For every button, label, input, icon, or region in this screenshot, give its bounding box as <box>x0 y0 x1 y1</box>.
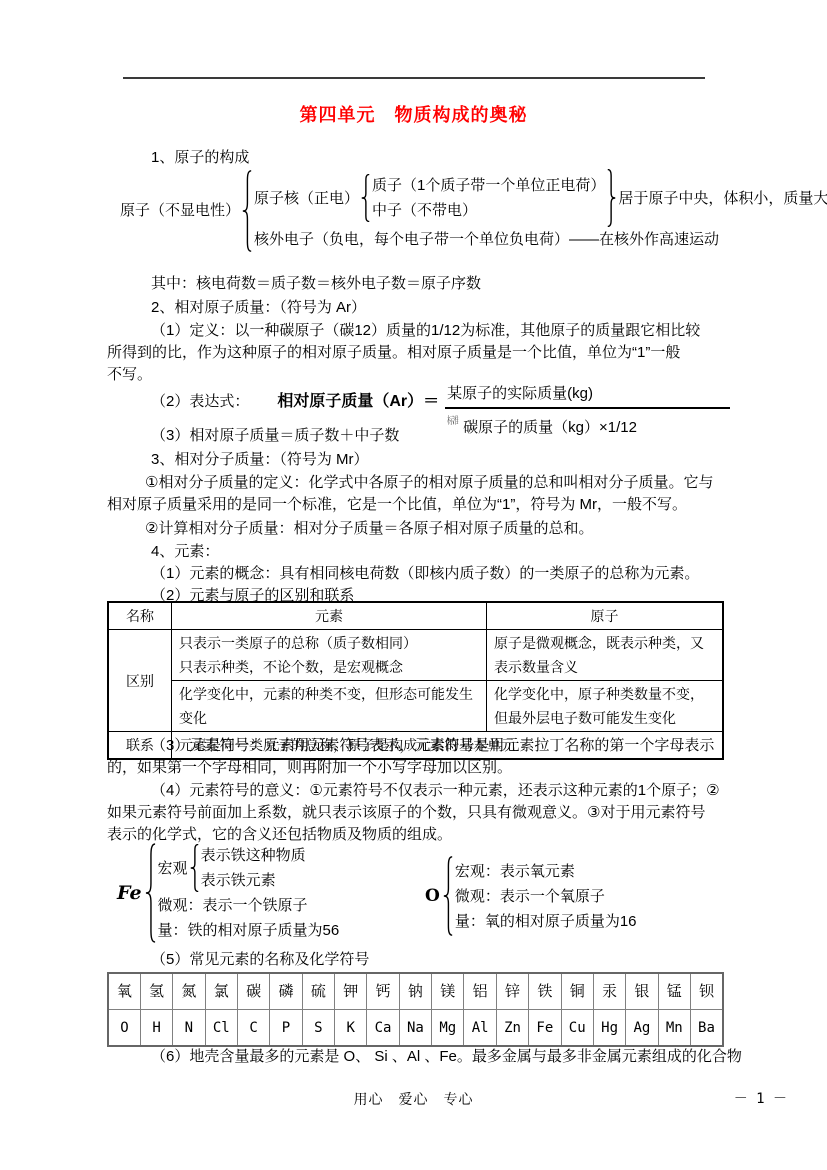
element-name-cell: 锌 <box>496 973 528 1010</box>
paragraph-line: 的，如果第一个字母相同，则再附加一个小写字母加以区别。 <box>107 757 727 779</box>
element-symbol-cell: P <box>270 1010 302 1047</box>
element-name-cell: 汞 <box>593 973 625 1010</box>
atom-root-label: 原子（不显电性） <box>120 198 240 223</box>
element-difference-cell-2: 化学变化中，元素的种类不变，但形态可能发生变化 <box>172 681 487 732</box>
element-symbol-cell: Al <box>464 1010 496 1047</box>
element-name-cell: 碳 <box>237 973 269 1010</box>
left-brace-icon <box>443 856 453 936</box>
element-name-cell: 银 <box>626 973 658 1010</box>
element-symbol-cell: Cu <box>561 1010 593 1047</box>
section3-heading: 3、相对分子质量：（符号为 Mr） <box>107 449 771 471</box>
fe-symbol-diagram: Fe 宏观 表示铁这种物质 表示铁元素 微观：表示一个铁原子 量：铁的相对原子质… <box>117 843 339 943</box>
element-name-cell: 钙 <box>367 973 399 1010</box>
macro-meaning-line: 表示铁这种物质 <box>201 843 306 868</box>
element-symbol-cell: S <box>302 1010 334 1047</box>
o-symbol-diagram: O 宏观：表示氧元素 微观：表示一个氧原子 量：氧的相对原子质量为16 <box>425 856 637 936</box>
footer-motto: 用心 爱心 专心 <box>0 1088 827 1110</box>
element-symbol-cell: O <box>108 1010 140 1047</box>
element-symbol-paragraph: （3）元素符号：元素用元素符号表示，元素符号是用元素拉丁名称的第一个字母表示 的… <box>107 735 727 779</box>
element-symbol-cell: Fe <box>529 1010 561 1047</box>
macro-meaning-line: 宏观：表示氧元素 <box>455 859 637 884</box>
element-name-cell: 钠 <box>399 973 431 1010</box>
element-name-cell: 钡 <box>690 973 723 1010</box>
element-symbol-cell: Cl <box>205 1010 237 1047</box>
element-symbols-row: OHNClCPSKCaNaMgAlZnFeCuHgAgMnBa <box>108 1010 723 1047</box>
element-name-cell: 氮 <box>173 973 205 1010</box>
table-header-row: 名称 元素 原子 <box>108 602 723 630</box>
header-atom: 原子 <box>487 602 724 630</box>
nucleus-label: 原子核（正电） <box>254 186 359 211</box>
page-title: 第四单元 物质构成的奥秘 <box>0 104 827 126</box>
formula-lhs: 相对原子质量（Ar）＝ <box>277 391 439 413</box>
left-brace-icon <box>190 844 199 892</box>
element-name-cell: 氧 <box>108 973 140 1010</box>
paragraph-line: （4）元素符号的意义：①元素符号不仅表示一种元素，还表示这种元素的1个原子；② <box>107 780 727 802</box>
macro-meaning-line: 表示铁元素 <box>201 868 306 893</box>
element-symbol-cell: Na <box>399 1010 431 1047</box>
fe-label: Fe <box>117 882 142 904</box>
element-name-cell: 锰 <box>658 973 690 1010</box>
element-name-cell: 镁 <box>432 973 464 1010</box>
common-elements-heading: （5）常见元素的名称及化学符号 <box>107 949 771 971</box>
header-rule <box>123 77 705 79</box>
element-symbol-cell: Mn <box>658 1010 690 1047</box>
page-footer: 用心 爱心 专心 － 1 － <box>0 1088 827 1112</box>
definition-line: 不写。 <box>107 364 727 386</box>
element-name-cell: 氯 <box>205 973 237 1010</box>
cell-line: 只表示一类原子的总称（质子数相同） <box>179 631 479 655</box>
relative-molecular-mass-definition: ①相对分子质量的定义：化学式中各原子的相对原子质量的总和叫相对分子质量。它与 相… <box>107 472 727 516</box>
table-row: 化学变化中，元素的种类不变，但形态可能发生变化 化学变化中，原子种类数量不变，但… <box>108 681 723 732</box>
header-name: 名称 <box>108 602 172 630</box>
left-brace-icon <box>242 170 252 252</box>
atom-difference-cell-1: 原子是微观概念，既表示种类，又表示数量含义 <box>487 630 724 681</box>
element-name-cell: 铜 <box>561 973 593 1010</box>
element-symbol-cell: Ca <box>367 1010 399 1047</box>
definition-line: ①相对分子质量的定义：化学式中各原子的相对原子质量的总和叫相对分子质量。它与 <box>107 472 727 494</box>
section2-heading: 2、相对原子质量：（符号为 Ar） <box>107 297 771 319</box>
expression-label: （2）表达式： <box>107 391 249 413</box>
document-page: 第四单元 物质构成的奥秘 1、原子的构成 原子（不显电性） 原子核（正电） 质子… <box>0 0 827 1170</box>
element-symbol-cell: Ba <box>690 1010 723 1047</box>
atom-difference-cell-2: 化学变化中，原子种类数量不变，但最外层电子数可能发生变化 <box>487 681 724 732</box>
micro-meaning-line: 微观：表示一个铁原子 <box>158 893 340 918</box>
electron-label: 核外电子（负电，每个电子带一个单位负电荷）——在核外作高速运动 <box>254 227 827 252</box>
symbol-meaning-paragraph: （4）元素符号的意义：①元素符号不仅表示一种元素，还表示这种元素的1个原子；② … <box>107 780 727 846</box>
element-name-cell: 硫 <box>302 973 334 1010</box>
element-name-cell: 钾 <box>335 973 367 1010</box>
nucleus-note: 居于原子中央，体积小，质量大 <box>618 186 827 211</box>
page-number: － 1 － <box>734 1088 787 1110</box>
quantity-meaning-line: 量：氧的相对原子质量为16 <box>455 909 637 934</box>
neutron-label: 中子（不带电） <box>372 198 605 223</box>
definition-line: 所得到的比，作为这种原子的相对原子质量。相对原子质量是一个比值，单位为“1”一般 <box>107 342 727 364</box>
element-symbol-cell: H <box>140 1010 172 1047</box>
charge-equality-line: 其中：核电荷数＝质子数＝核外电子数＝原子序数 <box>107 273 771 295</box>
macro-label: 宏观 <box>158 856 188 881</box>
left-brace-icon <box>145 843 156 943</box>
header-element: 元素 <box>172 602 487 630</box>
element-name-cell: 氢 <box>140 973 172 1010</box>
micro-meaning-line: 微观：表示一个氧原子 <box>455 884 637 909</box>
element-symbol-cell: Mg <box>432 1010 464 1047</box>
element-symbol-cell: Ag <box>626 1010 658 1047</box>
left-brace-icon <box>361 174 370 222</box>
element-difference-cell-1: 只表示一类原子的总称（质子数相同） 只表示种类，不论个数，是宏观概念 <box>172 630 487 681</box>
definition-line: （1）定义：以一种碳原子（碳12）质量的1/12为标准，其他原子的质量跟它相比较 <box>107 320 727 342</box>
quantity-meaning-line: 量：铁的相对原子质量为56 <box>158 918 340 943</box>
cell-line: 只表示种类，不论个数，是宏观概念 <box>179 655 479 679</box>
paragraph-line: 如果元素符号前面加上系数，就只表示该原子的个数，只具有微观意义。③对于用元素符号 <box>107 802 727 824</box>
element-symbol-table: 氧氢氮氯碳磷硫钾钙钠镁铝锌铁铜汞银锰钡 OHNClCPSKCaNaMgAlZnF… <box>107 972 724 1047</box>
paragraph-line: （3）元素符号：元素用元素符号表示，元素符号是用元素拉丁名称的第一个字母表示 <box>107 735 727 757</box>
element-concept-line: （1）元素的概念：具有相同核电荷数（即核内质子数）的一类原子的总称为元素。 <box>107 563 771 585</box>
atom-structure-diagram: 原子（不显电性） 原子核（正电） 质子（1个质子带一个单位正电荷） 中子（不带电… <box>120 169 827 252</box>
difference-label-cell: 区别 <box>108 630 172 732</box>
crust-abundance-line: （6）地壳含量最多的元素是 O、 Si 、Al 、Fe。最多金属与最多非金属元素… <box>107 1046 771 1068</box>
section4-heading: 4、元素： <box>107 541 771 563</box>
right-brace-icon <box>607 169 616 227</box>
definition-line: 相对原子质量采用的是同一个标准，它是一个比值，单位为“1”，符号为 Mr，一般不… <box>107 494 727 516</box>
element-name-cell: 铁 <box>529 973 561 1010</box>
proton-label: 质子（1个质子带一个单位正电荷） <box>372 173 605 198</box>
element-names-row: 氧氢氮氯碳磷硫钾钙钠镁铝锌铁铜汞银锰钡 <box>108 973 723 1010</box>
element-symbol-cell: C <box>237 1010 269 1047</box>
element-name-cell: 铝 <box>464 973 496 1010</box>
element-name-cell: 磷 <box>270 973 302 1010</box>
element-symbol-cell: Zn <box>496 1010 528 1047</box>
element-symbol-cell: K <box>335 1010 367 1047</box>
table-row: 区别 只表示一类原子的总称（质子数相同） 只表示种类，不论个数，是宏观概念 原子… <box>108 630 723 681</box>
mass-equals-protons-neutrons: （3）相对原子质量＝质子数＋中子数 <box>107 425 771 447</box>
element-symbol-cell: N <box>173 1010 205 1047</box>
relative-atomic-mass-definition: （1）定义：以一种碳原子（碳12）质量的1/12为标准，其他原子的质量跟它相比较… <box>107 320 727 386</box>
molecular-mass-calc-line: ②计算相对分子质量：相对分子质量＝各原子相对原子质量的总和。 <box>107 518 765 540</box>
o-label: O <box>425 885 440 907</box>
fraction-numerator: 某原子的实际质量(kg) <box>445 384 730 409</box>
section1-heading: 1、原子的构成 <box>107 147 771 169</box>
element-symbol-cell: Hg <box>593 1010 625 1047</box>
